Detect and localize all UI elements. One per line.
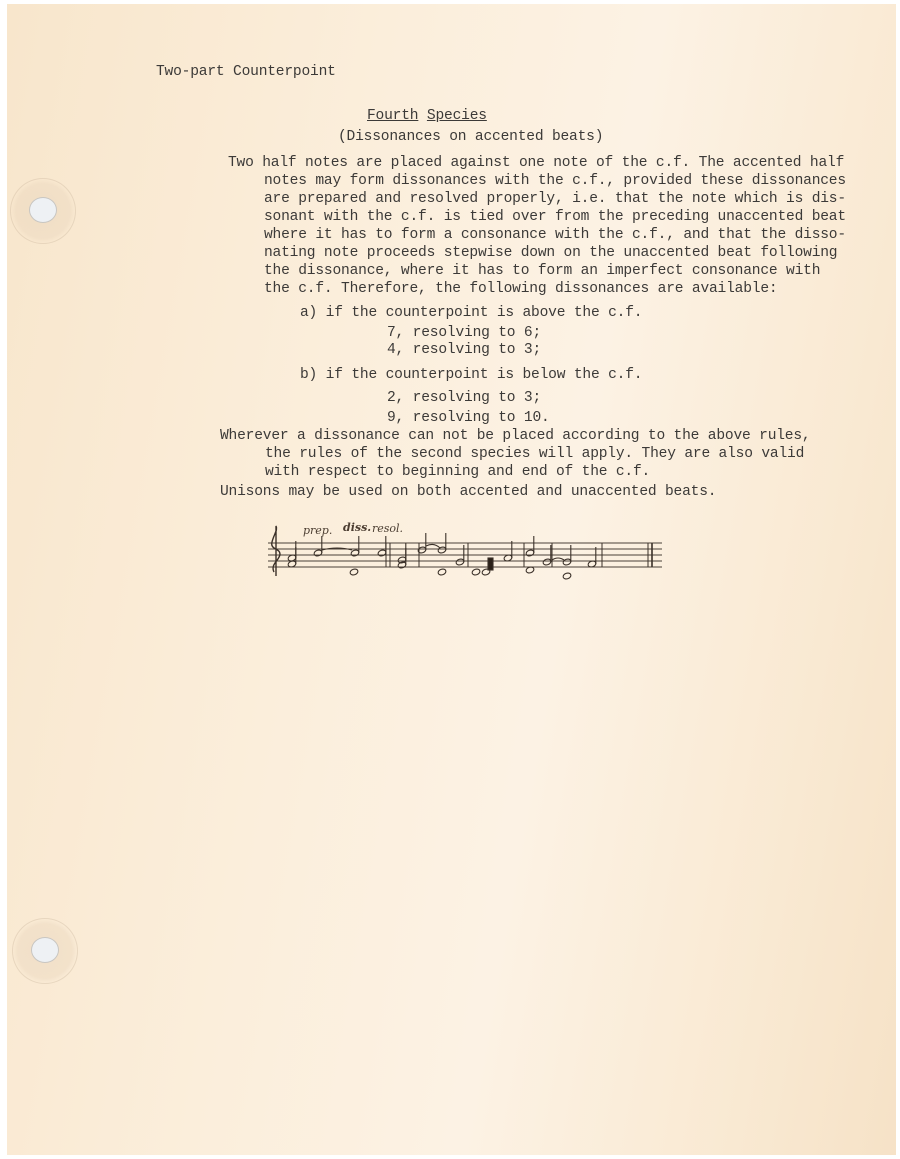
paragraph-1-line-7: the dissonance, where it has to form an … <box>264 263 820 279</box>
paragraph-1-line-6: nating note proceeds stepwise down on th… <box>264 245 837 261</box>
paragraph-3: Unisons may be used on both accented and… <box>220 484 716 500</box>
paragraph-1-line-3: are prepared and resolved properly, i.e.… <box>264 191 846 207</box>
paragraph-2-line-2: the rules of the second species will app… <box>265 446 804 462</box>
case-a-label: a) if the counterpoint is above the c.f. <box>300 305 642 321</box>
section-title: Fourth Species <box>367 108 487 124</box>
paragraph-1-line-8: the c.f. Therefore, the following disson… <box>264 281 777 297</box>
running-title: Two-part Counterpoint <box>156 64 336 80</box>
case-b-item-1: 2, resolving to 3; <box>387 390 541 406</box>
music-example-staff <box>262 520 672 580</box>
section-title-word-2: Species <box>427 108 487 124</box>
paragraph-1-line-1: Two half notes are placed against one no… <box>228 155 844 171</box>
case-a-item-2: 4, resolving to 3; <box>387 342 541 358</box>
punch-hole-top <box>10 178 76 244</box>
case-b-label: b) if the counterpoint is below the c.f. <box>300 367 642 383</box>
case-b-item-2: 9, resolving to 10. <box>387 410 550 426</box>
paragraph-2-line-1: Wherever a dissonance can not be placed … <box>220 428 810 444</box>
paragraph-1-line-4: sonant with the c.f. is tied over from t… <box>264 209 846 225</box>
section-subtitle: (Dissonances on accented beats) <box>338 129 603 145</box>
paragraph-1-line-2: notes may form dissonances with the c.f.… <box>264 173 846 189</box>
case-a-item-1: 7, resolving to 6; <box>387 325 541 341</box>
paragraph-1-line-5: where it has to form a consonance with t… <box>264 227 846 243</box>
paragraph-2-line-3: with respect to beginning and end of the… <box>265 464 650 480</box>
section-title-word-1: Fourth <box>367 108 418 124</box>
punch-hole-bottom <box>12 918 78 984</box>
